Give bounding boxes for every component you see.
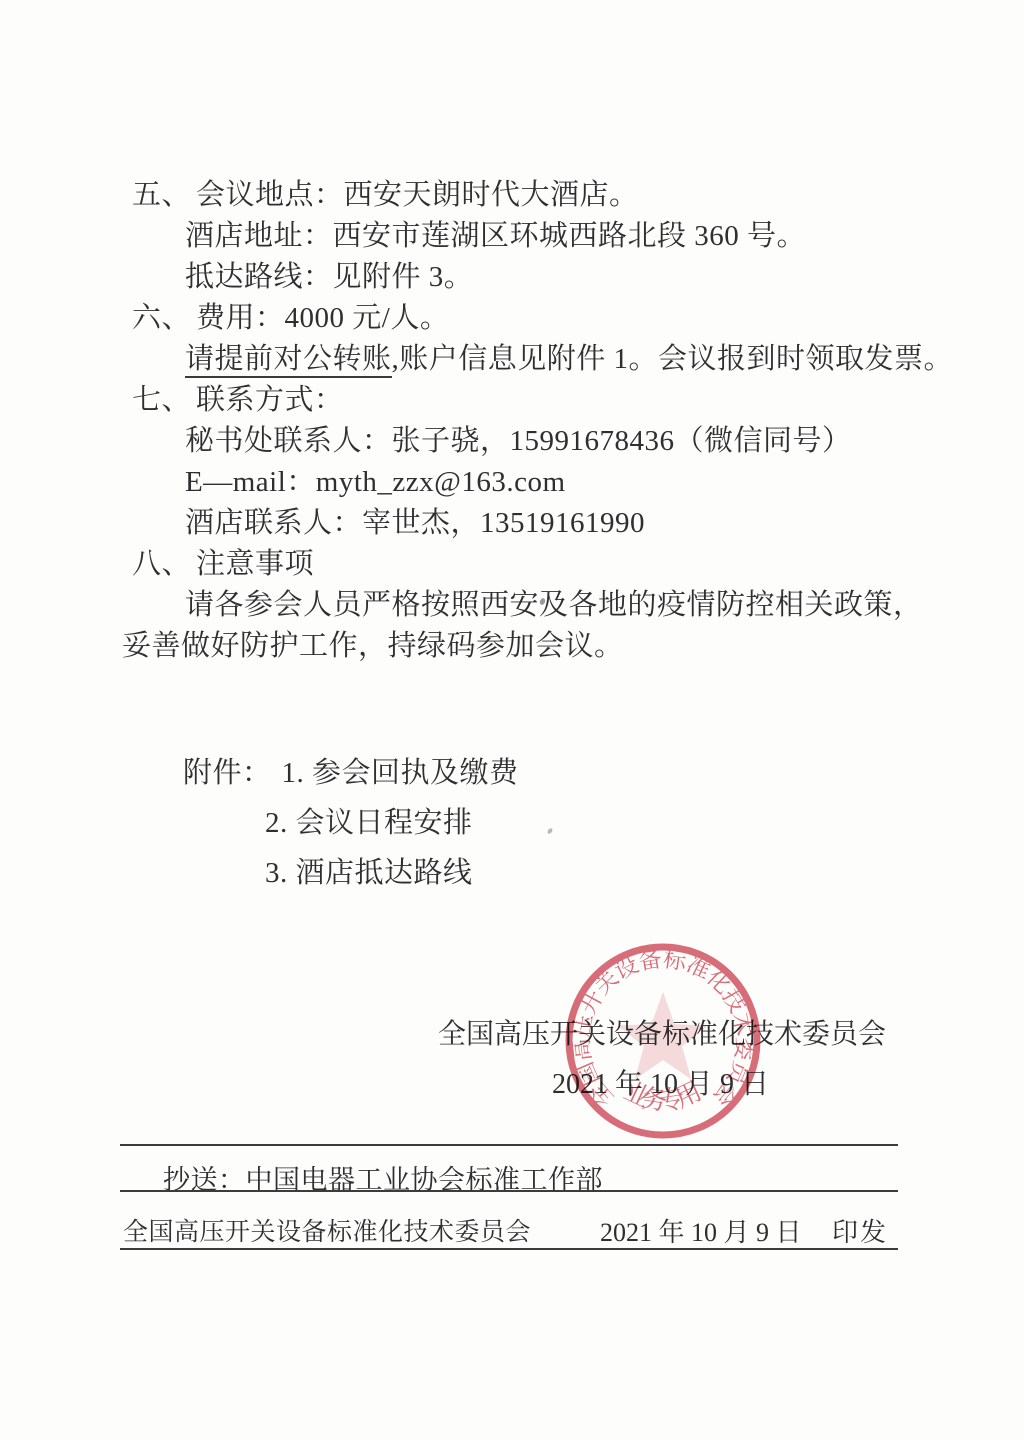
scan-speck (547, 827, 554, 834)
attachments-label: 附件： (183, 748, 272, 798)
line-text: 酒店联系人：宰世杰，13519161990 (185, 507, 645, 539)
underlined-text: 请提前对公转账 (185, 343, 392, 378)
line-text: 注意事项 (196, 548, 314, 580)
line-text: 请各参会人员严格按照西安及各地的疫情防控相关政策， (185, 589, 923, 621)
attachment-text: 1. 参会回执及缴费 (282, 757, 519, 789)
attachment-text: 3. 酒店抵达路线 (265, 857, 473, 889)
footer-divider-middle (120, 1190, 898, 1192)
line-text: ,账户信息见附件 1。会议报到时领取发票。 (392, 343, 954, 375)
line-text: E—mail：myth_zzx@163.com (185, 466, 566, 498)
attachment-text: 2. 会议日程安排 (265, 807, 473, 839)
line-text: 联系方式： (196, 384, 344, 416)
doc-line-meeting-venue: 五、会议地点：西安天朗时代大酒店。 (122, 175, 912, 216)
item-number: 五、 (132, 175, 191, 216)
doc-line-covid-policy: 请各参会人员严格按照西安及各地的疫情防控相关政策， (122, 585, 912, 626)
line-text: 酒店地址：西安市莲湖区环城西路北段 360 号。 (185, 220, 806, 252)
doc-line-payment-note: 请提前对公转账,账户信息见附件 1。会议报到时领取发票。 (122, 339, 912, 380)
footer-issue-date: 2021 年 10 月 9 日 (600, 1212, 802, 1249)
seal-star-icon (617, 992, 709, 1079)
scanned-document-page: { "doc": { "lines": [ {"label":"五、","tex… (0, 0, 1024, 1440)
line-text: 会议地点：西安天朗时代大酒店。 (196, 179, 639, 211)
footer-divider-bottom (120, 1248, 898, 1250)
official-seal: 全国高压开关设备标准化技术委员会 业务专用 (553, 931, 773, 1151)
doc-line-hotel-contact: 酒店联系人：宰世杰，13519161990 (122, 503, 912, 544)
doc-line-contact-heading: 七、联系方式： (122, 380, 912, 421)
doc-line-email: E—mail：myth_zzx@163.com (122, 462, 912, 503)
item-number: 七、 (132, 380, 191, 421)
footer-divider-top (120, 1144, 898, 1146)
attachment-item: 2. 会议日程安排 (122, 798, 519, 848)
item-number: 六、 (132, 298, 191, 339)
attachment-item: 3. 酒店抵达路线 (122, 848, 519, 898)
line-text: 费用：4000 元/人。 (196, 302, 449, 334)
notice-body: 五、会议地点：西安天朗时代大酒店。 酒店地址：西安市莲湖区环城西路北段 360 … (122, 175, 912, 667)
line-text: 秘书处联系人：张子骁，15991678436（微信同号） (185, 425, 852, 457)
doc-line-covid-policy-cont: 妥善做好防护工作，持绿码参加会议。 (122, 626, 912, 667)
doc-line-secretariat-contact: 秘书处联系人：张子骁，15991678436（微信同号） (122, 421, 912, 462)
footer-issuer: 全国高压开关设备标准化技术委员会 (123, 1212, 531, 1248)
item-number: 八、 (132, 544, 191, 585)
footer-issue-action: 印发 (832, 1212, 888, 1249)
doc-line-arrival-route: 抵达路线：见附件 3。 (122, 257, 912, 298)
doc-line-hotel-address: 酒店地址：西安市莲湖区环城西路北段 360 号。 (122, 216, 912, 257)
attachments-list: 附件：1. 参会回执及缴费 2. 会议日程安排 3. 酒店抵达路线 (122, 748, 519, 898)
attachment-item: 附件：1. 参会回执及缴费 (122, 748, 519, 798)
doc-line-fee: 六、费用：4000 元/人。 (122, 298, 912, 339)
doc-line-notes-heading: 八、注意事项 (122, 544, 912, 585)
line-text: 妥善做好防护工作，持绿码参加会议。 (122, 630, 624, 662)
line-text: 抵达路线：见附件 3。 (185, 261, 473, 293)
seal-banner-text: 业务专用 (619, 1076, 706, 1116)
